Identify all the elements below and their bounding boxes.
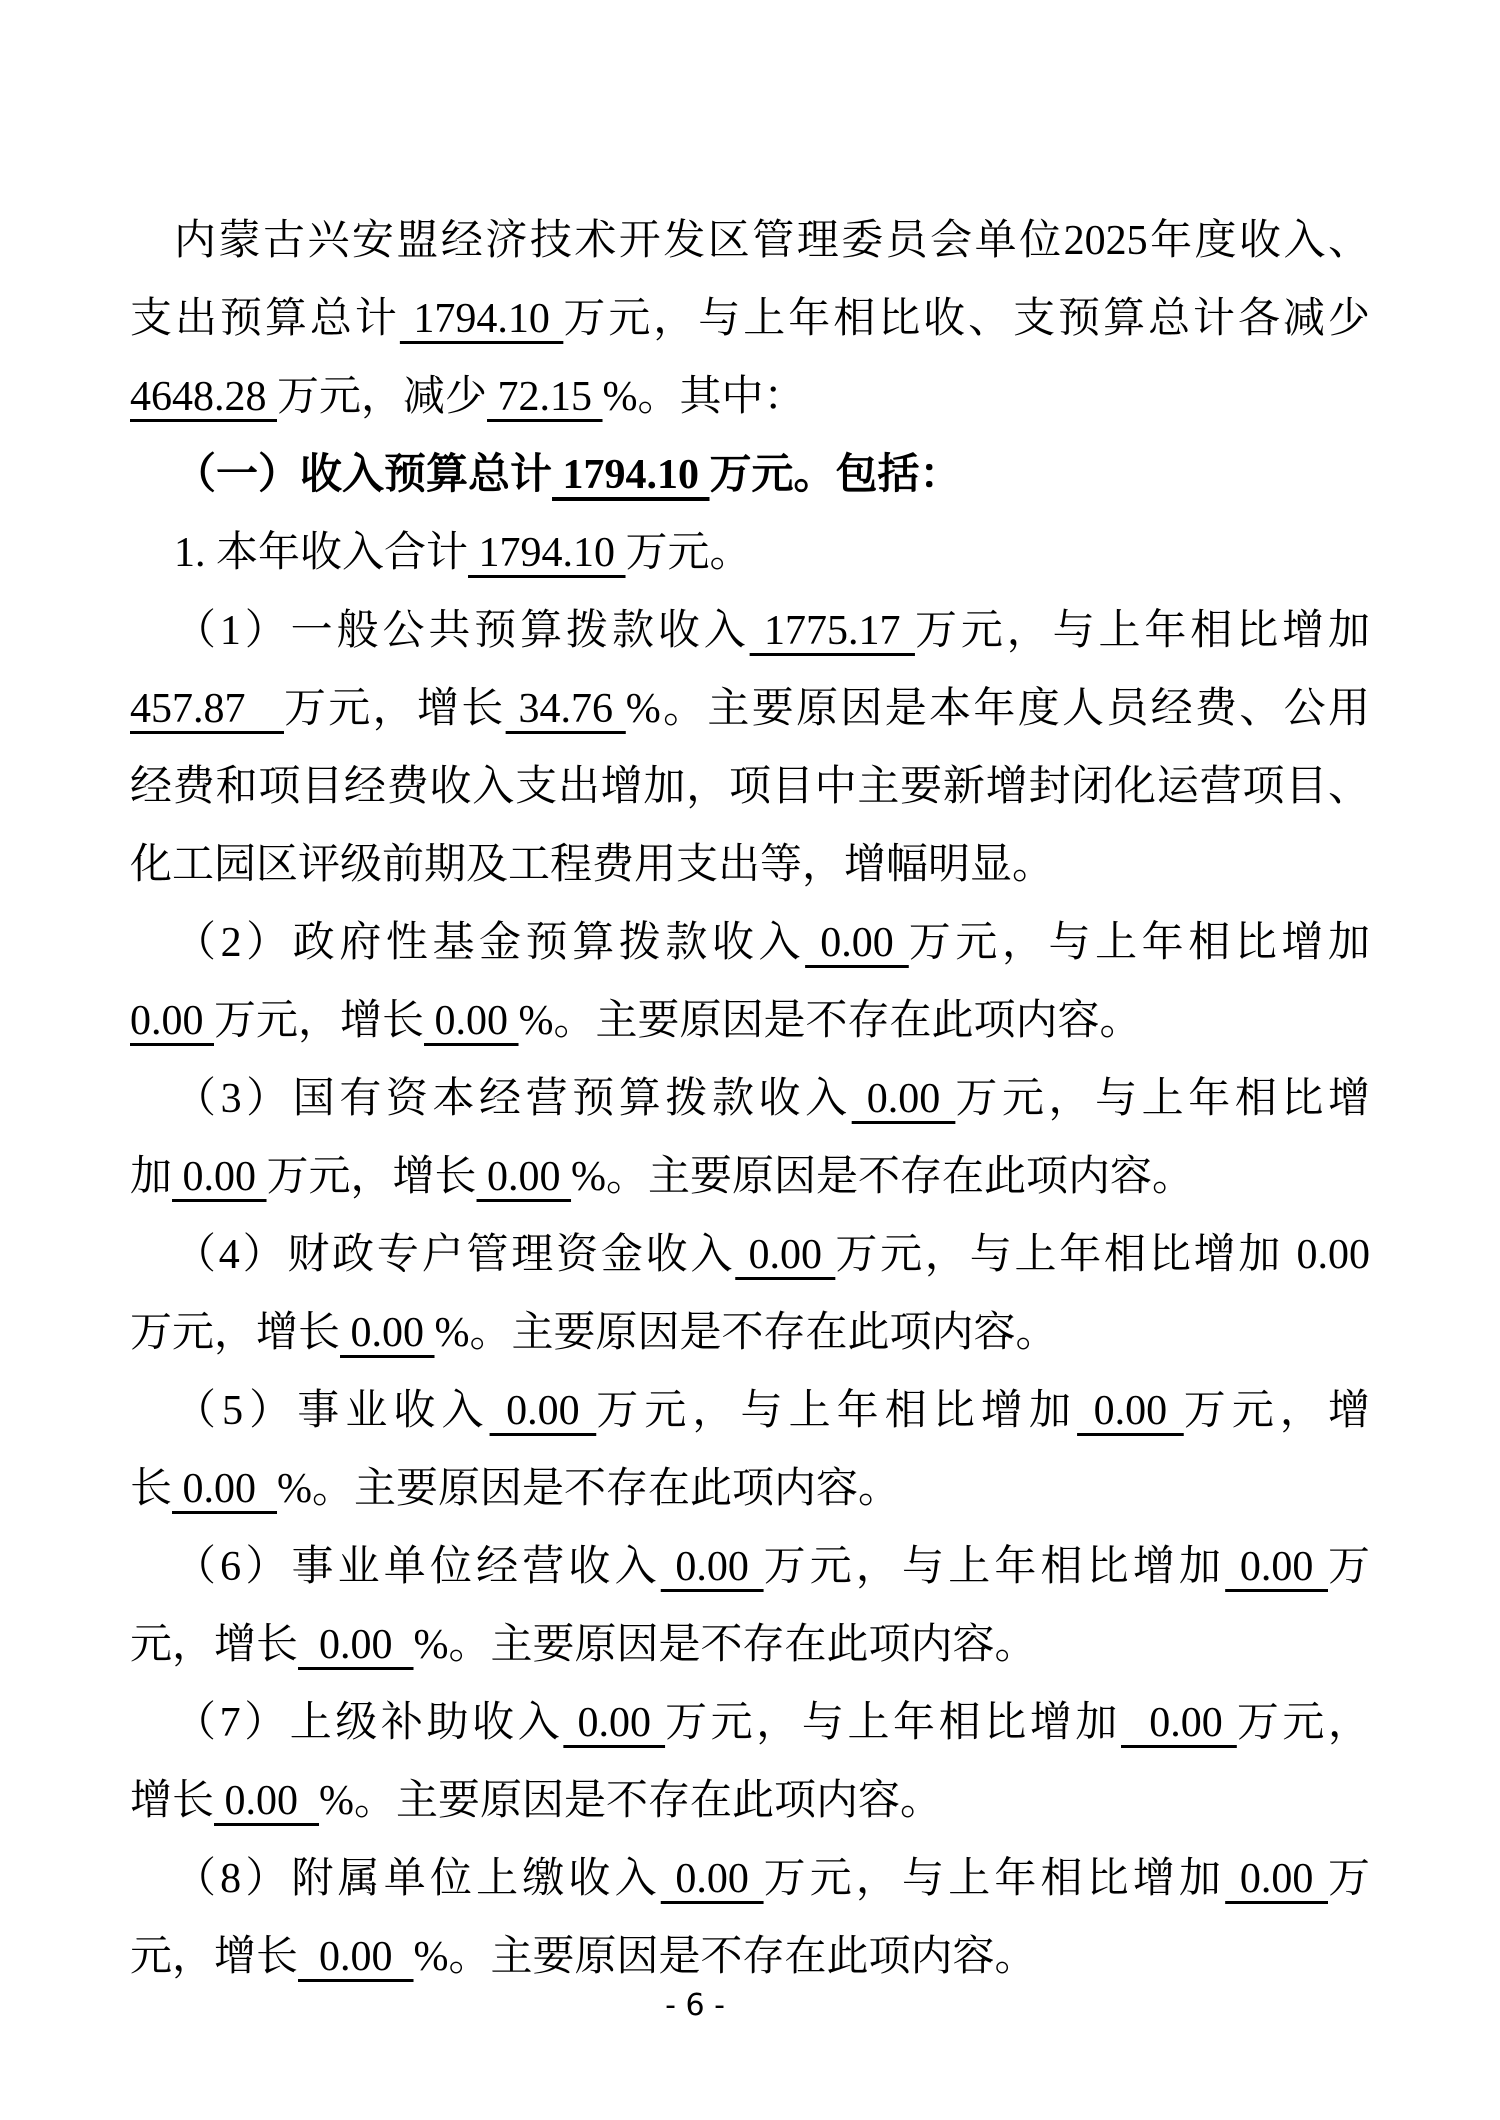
underlined-value: 1794.10 (468, 530, 626, 576)
underlined-value: 0.00 (424, 998, 519, 1044)
text-run: 万元。 (626, 530, 752, 576)
text-run: 万元，增长 (284, 686, 506, 732)
underlined-value: 0.00 (563, 1700, 665, 1746)
item7-line1: （7）上级补助收入 0.00 万元，与上年相比增加 0.00 万元， (130, 1684, 1370, 1762)
item3-line2: 加 0.00 万元，增长 0.00 %。主要原因是不存在此项内容。 (130, 1138, 1370, 1216)
text-run: 万元，与上年相比增加 (596, 1388, 1077, 1434)
text-run: 万 (1328, 1856, 1370, 1902)
underlined-value: 0.00 (805, 920, 909, 966)
text-run: 万元，增长 (130, 1310, 340, 1356)
underlined-value: 0.00 (130, 998, 214, 1044)
text-run: 内蒙古兴安盟经济技术开发区管理委员会单位2025年度收入、 (174, 218, 1370, 264)
intro-line-2: 支出预算总计 1794.10 万元，与上年相比收、支预算总计各减少 (130, 280, 1370, 358)
text-run: （1）一般公共预算拨款收入 (174, 608, 750, 654)
text-run: 增长 (130, 1778, 214, 1824)
text-run: 万 (1328, 1544, 1370, 1590)
text-run: 元，增长 (130, 1934, 298, 1980)
item3-line1: （3）国有资本经营预算拨款收入 0.00 万元，与上年相比增 (130, 1060, 1370, 1138)
underlined-value: 457.87 (130, 686, 284, 732)
underlined-value: 0.00 (1225, 1544, 1328, 1590)
text-run: 支出预算总计 (130, 296, 400, 342)
underlined-value: 0.00 (490, 1388, 597, 1434)
text-run: 经费和项目经费收入支出增加，项目中主要新增封闭化运营项目、 (130, 764, 1370, 810)
item1-line2: 457.87 万元，增长 34.76 %。主要原因是本年度人员经费、公用 (130, 670, 1370, 748)
underlined-value: 0.00 (661, 1544, 764, 1590)
underlined-value: 0.00 (852, 1076, 956, 1122)
text-run: （5）事业收入 (174, 1388, 490, 1434)
underlined-value: 4648.28 (130, 374, 277, 420)
underlined-value: 0.00 (1077, 1388, 1184, 1434)
underlined-value: 0.00 (735, 1232, 835, 1278)
text-run: （8）附属单位上缴收入 (174, 1856, 661, 1902)
item8-line1: （8）附属单位上缴收入 0.00 万元，与上年相比增加 0.00 万 (130, 1840, 1370, 1918)
underlined-value: 0.00 (1225, 1856, 1328, 1902)
item8-line2: 元，增长 0.00 %。主要原因是不存在此项内容。 (130, 1918, 1370, 1996)
text-run: %。主要原因是不存在此项内容。 (571, 1154, 1194, 1200)
text-run: （4）财政专户管理资金收入 (174, 1232, 735, 1278)
text-run: （3）国有资本经营预算拨款收入 (174, 1076, 852, 1122)
underlined-value: 0.00 (214, 1778, 319, 1824)
item2-line2: 0.00 万元，增长 0.00 %。主要原因是不存在此项内容。 (130, 982, 1370, 1060)
text-run: %。主要原因是不存在此项内容。 (414, 1622, 1037, 1668)
text-run: %。主要原因是不存在此项内容。 (435, 1310, 1058, 1356)
item4-line1: （4）财政专户管理资金收入 0.00 万元，与上年相比增加 0.00 (130, 1216, 1370, 1294)
item1-line4: 化工园区评级前期及工程费用支出等，增幅明显。 (130, 826, 1370, 904)
underlined-value: 0.00 (298, 1622, 414, 1668)
item2-line1: （2）政府性基金预算拨款收入 0.00 万元，与上年相比增加 (130, 904, 1370, 982)
underlined-value: 1794.10 (400, 296, 563, 342)
underlined-value: 0.00 (172, 1466, 277, 1512)
intro-line-1: 内蒙古兴安盟经济技术开发区管理委员会单位2025年度收入、 (130, 202, 1370, 280)
text-run: %。主要原因是本年度人员经费、公用 (626, 686, 1370, 732)
text-run: 万元，增长 (267, 1154, 477, 1200)
text-run: （2）政府性基金预算拨款收入 (174, 920, 805, 966)
item7-line2: 增长 0.00 %。主要原因是不存在此项内容。 (130, 1762, 1370, 1840)
text-run: %。其中： (603, 374, 806, 420)
text-run: 万元，减少 (277, 374, 487, 420)
text-run: 万元，与上年相比增加 0.00 (835, 1232, 1370, 1278)
text-run: 万元，与上年相比收、支预算总计各减少 (563, 296, 1370, 342)
current-year-income-line: 1. 本年收入合计 1794.10 万元。 (130, 514, 1370, 592)
underlined-value: 0.00 (172, 1154, 267, 1200)
text-run: 加 (130, 1154, 172, 1200)
item6-line2: 元，增长 0.00 %。主要原因是不存在此项内容。 (130, 1606, 1370, 1684)
text-run: （6）事业单位经营收入 (174, 1544, 661, 1590)
text-run: 万元，与上年相比增加 (915, 608, 1370, 654)
text-run: %。主要原因是不存在此项内容。 (414, 1934, 1037, 1980)
text-run: 元，增长 (130, 1622, 298, 1668)
underlined-value: 0.00 (298, 1934, 414, 1980)
intro-line-3: 4648.28 万元，减少 72.15 %。其中： (130, 358, 1370, 436)
underlined-value: 1794.10 (552, 452, 710, 498)
text-run: （7）上级补助收入 (174, 1700, 563, 1746)
text-run: （一）收入预算总计 (174, 452, 552, 498)
text-run: 万元，与上年相比增加 (909, 920, 1370, 966)
text-run: %。主要原因是不存在此项内容。 (319, 1778, 942, 1824)
text-run: 万元， (1237, 1700, 1370, 1746)
item1-line1: （1）一般公共预算拨款收入 1775.17 万元，与上年相比增加 (130, 592, 1370, 670)
text-run: 万元，增长 (214, 998, 424, 1044)
item5-line1: （5）事业收入 0.00 万元，与上年相比增加 0.00 万元，增 (130, 1372, 1370, 1450)
page-number: - 6 - (665, 1988, 725, 2023)
underlined-value: 0.00 (1121, 1700, 1237, 1746)
underlined-value: 0.00 (661, 1856, 764, 1902)
underlined-value: 1775.17 (750, 608, 915, 654)
underlined-value: 34.76 (506, 686, 626, 732)
text-run: 1. 本年收入合计 (174, 530, 468, 576)
text-run: 化工园区评级前期及工程费用支出等，增幅明显。 (130, 842, 1054, 888)
underlined-value: 0.00 (477, 1154, 572, 1200)
text-run: 万元，与上年相比增加 (665, 1700, 1121, 1746)
text-run: 万元，增 (1184, 1388, 1370, 1434)
text-run: %。主要原因是不存在此项内容。 (519, 998, 1142, 1044)
text-run: 长 (130, 1466, 172, 1512)
underlined-value: 72.15 (487, 374, 603, 420)
item6-line1: （6）事业单位经营收入 0.00 万元，与上年相比增加 0.00 万 (130, 1528, 1370, 1606)
item5-line2: 长 0.00 %。主要原因是不存在此项内容。 (130, 1450, 1370, 1528)
text-run: 万元，与上年相比增 (955, 1076, 1370, 1122)
income-budget-heading: （一）收入预算总计 1794.10 万元。包括： (130, 436, 1370, 514)
text-run: 万元。包括： (710, 452, 962, 498)
document-body: 内蒙古兴安盟经济技术开发区管理委员会单位2025年度收入、支出预算总计 1794… (130, 202, 1370, 1996)
text-run: 万元，与上年相比增加 (764, 1856, 1226, 1902)
item1-line3: 经费和项目经费收入支出增加，项目中主要新增封闭化运营项目、 (130, 748, 1370, 826)
text-run: 万元，与上年相比增加 (764, 1544, 1226, 1590)
text-run: %。主要原因是不存在此项内容。 (277, 1466, 900, 1512)
item4-line2: 万元，增长 0.00 %。主要原因是不存在此项内容。 (130, 1294, 1370, 1372)
underlined-value: 0.00 (340, 1310, 435, 1356)
